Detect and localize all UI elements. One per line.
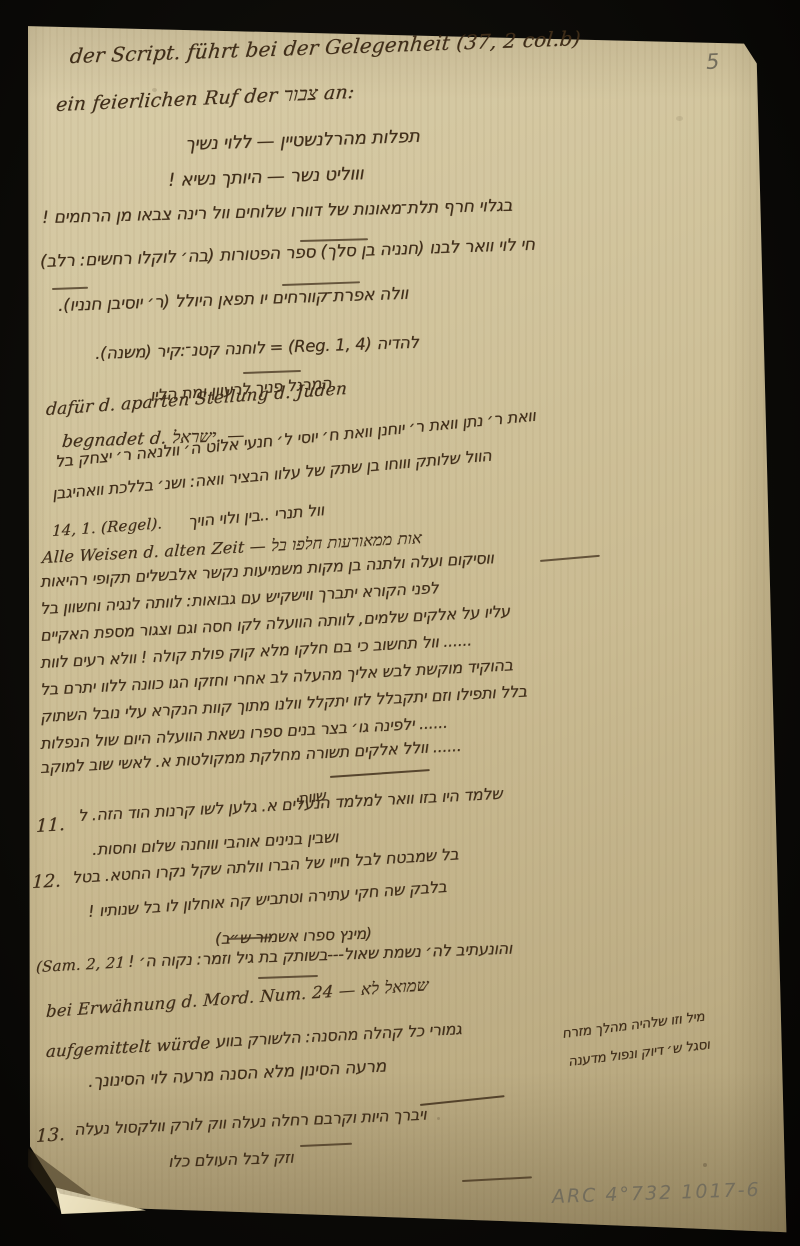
manuscript-photo: { "document": { "page_number": "5", "arc…: [0, 0, 800, 1246]
photo-backdrop: 5 ARC 4°732 1017-6 der Script. führt bei…: [0, 0, 800, 1246]
paper-speck: [437, 1117, 440, 1120]
section-marker-11: 11.: [36, 814, 66, 837]
paper-speck: [703, 1163, 707, 1167]
pencil-page-number: 5: [705, 49, 722, 74]
section-marker-13: 13.: [36, 1124, 66, 1147]
section-marker-12: 12.: [31, 870, 61, 893]
paper-speck: [676, 116, 683, 121]
